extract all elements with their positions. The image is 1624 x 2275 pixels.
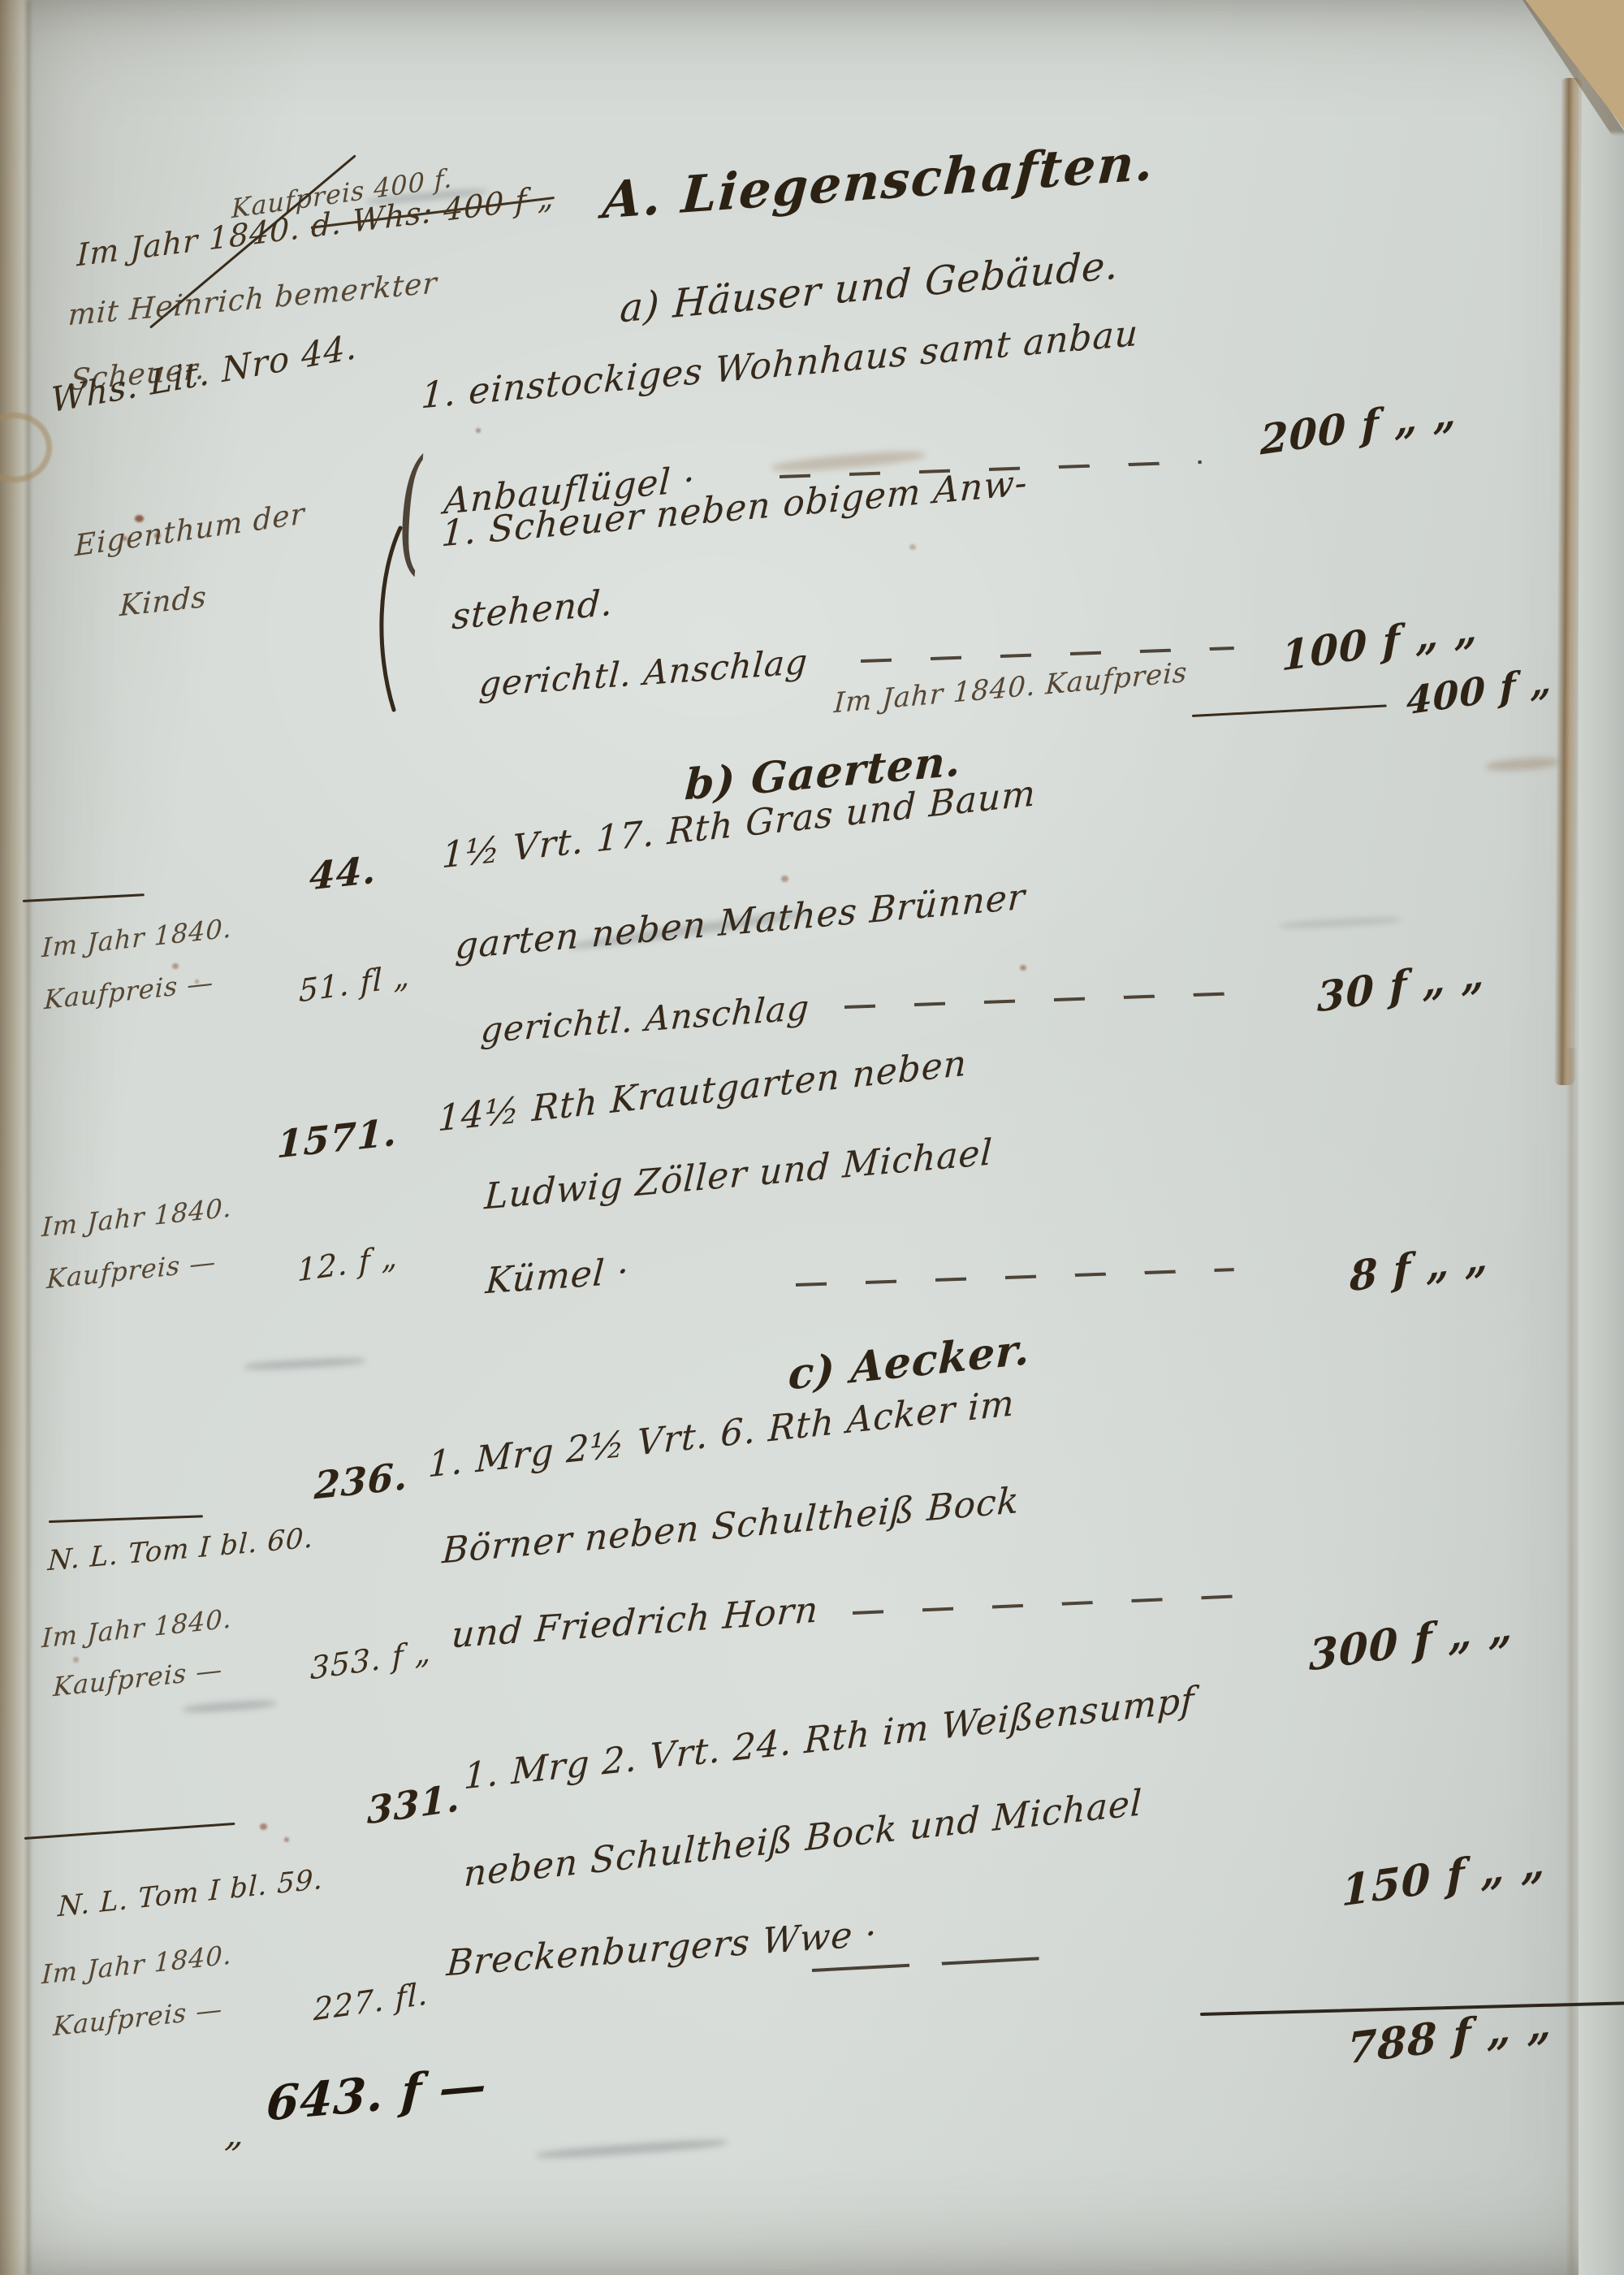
- entry-barn-line3: gerichtl. Anschlag: [478, 642, 810, 705]
- fox-spot: [73, 1657, 79, 1663]
- margin-rule: [24, 1823, 235, 1840]
- total-rule: [1200, 2001, 1624, 2016]
- fox-spot: [172, 963, 179, 969]
- entry-house-line1: 1. einstockiges Wohnhaus samt anbau: [420, 313, 1139, 417]
- entry-garden2-margin-line1: Im Jahr 1840.: [41, 1192, 233, 1243]
- entry-house-margin: Whs. Lit. Nro 44.: [50, 327, 358, 421]
- entry-barn-brace-flourish: [369, 526, 407, 713]
- entry-garden1-margin-line1: Im Jahr 1840.: [41, 912, 233, 963]
- entry-field1-number: 236.: [313, 1454, 408, 1508]
- fox-spot: [909, 544, 916, 550]
- entry-field2-number: 331.: [367, 1775, 460, 1833]
- entry-garden2-line2: Ludwig Zöller und Michael: [483, 1131, 993, 1218]
- ink-dash-row: [812, 1956, 1056, 1972]
- ink-dash-row: [796, 1268, 1234, 1287]
- ink-dash-row: [853, 1594, 1267, 1615]
- entry-field1-margin-line1: Im Jahr 1840.: [41, 1602, 233, 1654]
- entry-garden2-number: 1571.: [276, 1109, 398, 1166]
- bottom-sum-value: 643. f —: [265, 2057, 488, 2131]
- entry-field2-margin-value: 227. fl.: [313, 1975, 429, 2027]
- note-dash: [1192, 704, 1387, 717]
- entry-garden1-margin-line2: Kaufpreis —: [44, 967, 214, 1015]
- ring-stain: [0, 413, 52, 482]
- entry-field2-line3: Breckenburgers Wwe ·: [445, 1913, 879, 1984]
- entry-field1-line3: und Friedrich Horn: [450, 1589, 819, 1656]
- entry-field1-margin-ref: N. L. Tom I bl. 60.: [47, 1521, 314, 1577]
- bottom-sum-prefix: „: [223, 2113, 248, 2155]
- entry-field2-line1: 1. Mrg 2. Vrt. 24. Rth im Weißensumpf: [463, 1679, 1195, 1797]
- binding-crease: [27, 0, 30, 2275]
- document-page: Kaufpreis 400 f. Im Jahr 1840. d. Whs: 4…: [0, 0, 1624, 2275]
- entry-field2-line2: neben Schultheiß Bock und Michael: [463, 1782, 1143, 1895]
- entry-field2-value: 150 f „ „: [1341, 1838, 1546, 1917]
- entry-field1-line1: 1. Mrg 2½ Vrt. 6. Rth Acker im: [427, 1382, 1015, 1486]
- page-title: A. Liegenschaften.: [601, 132, 1157, 230]
- entry-garden1-number: 44.: [309, 847, 377, 898]
- fox-spot: [781, 876, 788, 882]
- pencil-smudge: [536, 2138, 727, 2160]
- entry-field1-margin-value: 353. f „: [310, 1633, 431, 1686]
- entry-garden1-margin-value: 51. fl „: [299, 958, 410, 1010]
- entry-barn-note: Im Jahr 1840. Kaufpreis: [833, 656, 1189, 720]
- entry-garden2-line1: 14½ Rth Krautgarten neben: [437, 1043, 968, 1140]
- entry-garden2-margin-line2: Kaufpreis —: [46, 1246, 217, 1295]
- marginal-remark-line1: mit Heinrich bemerkter: [67, 266, 438, 332]
- section-a-heading: a) Häuser und Gebäude.: [619, 242, 1120, 331]
- marginal-note-year-prefix: Im Jahr 1840.: [76, 209, 311, 274]
- entry-garden2-margin-value: 12. f „: [297, 1239, 398, 1289]
- entry-barn-margin-line2: Kinds: [119, 581, 208, 624]
- entry-garden1-line2: garten neben Mathes Brünner: [454, 876, 1026, 968]
- entry-field1-value: 300 f „ „: [1309, 1602, 1514, 1681]
- margin-rule: [23, 893, 145, 902]
- fox-spot: [260, 1823, 267, 1830]
- fox-spot: [284, 1837, 289, 1842]
- entry-field1-line2: Börner neben Schultheiß Bock: [441, 1480, 1020, 1572]
- entry-field2-margin-ref: N. L. Tom I bl. 59.: [58, 1863, 324, 1924]
- margin-rule: [49, 1515, 203, 1523]
- pencil-smudge: [1279, 916, 1401, 929]
- pencil-smudge: [244, 1356, 365, 1371]
- entry-garden1-line3: gerichtl. Anschlag: [480, 988, 811, 1051]
- entry-field2-margin-line2: Kaufpreis —: [53, 1993, 223, 2042]
- entry-garden2-value: 8 f „ „: [1350, 1233, 1488, 1301]
- entry-house-value: 200 f „ „: [1260, 388, 1457, 465]
- ink-dash-row: [844, 991, 1259, 1009]
- page-edge-strip-lower: [1566, 1048, 1577, 2275]
- entry-barn-line2: stehend.: [451, 582, 614, 638]
- ink-smear: [1486, 756, 1560, 772]
- entry-barn-margin-line1: Eigenthum der: [75, 497, 305, 563]
- entry-barn-note-value: 400 f „: [1406, 659, 1553, 724]
- page-right-edge: [1579, 0, 1624, 2275]
- pencil-smudge: [183, 1699, 276, 1714]
- fox-spot: [476, 428, 481, 433]
- entry-barn-value: 100 f „ „: [1281, 604, 1478, 681]
- fox-spot: [1020, 965, 1026, 971]
- entry-field2-margin-line1: Im Jahr 1840.: [41, 1939, 233, 1990]
- entry-garden2-line3: Kümel ·: [484, 1251, 630, 1303]
- entry-garden1-value: 30 f „ „: [1317, 949, 1485, 1022]
